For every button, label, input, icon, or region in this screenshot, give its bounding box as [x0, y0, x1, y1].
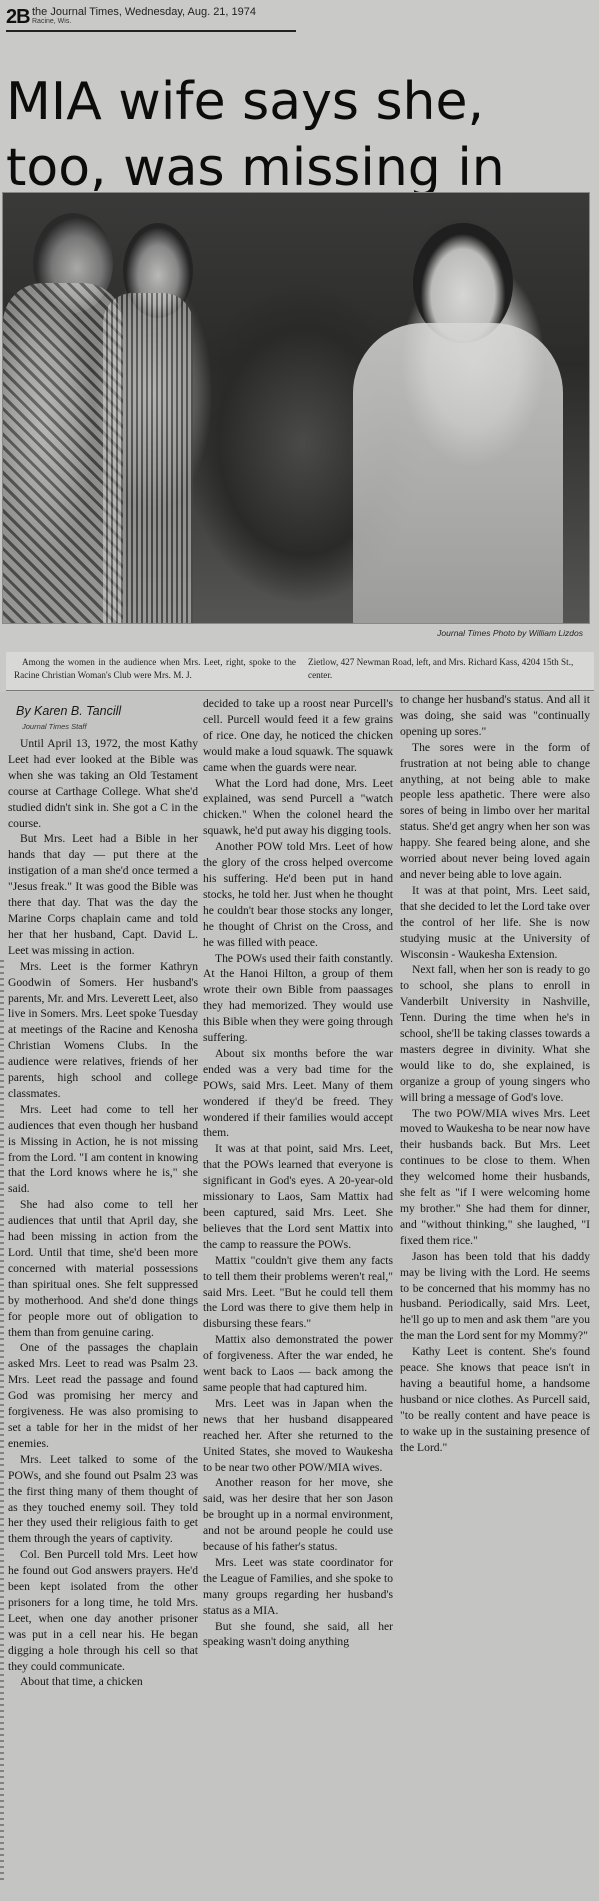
- paragraph: Mrs. Leet is the former Kathryn Goodwin …: [8, 959, 198, 1102]
- paragraph: It was at that point, Mrs. Leet said, th…: [400, 883, 590, 963]
- page-number: 2B: [6, 6, 30, 29]
- paragraph: The two POW/MIA wives Mrs. Leet moved to…: [400, 1106, 590, 1249]
- article-column-3: to change her husband's status. And all …: [400, 692, 590, 1456]
- photo-caption: Among the women in the audience when Mrs…: [6, 652, 594, 691]
- paragraph: decided to take up a roost near Purcell'…: [203, 696, 393, 776]
- paragraph: Mrs. Leet was state coordinator for the …: [203, 1555, 393, 1619]
- article-column-2: decided to take up a roost near Purcell'…: [203, 696, 393, 1650]
- paragraph: Mrs. Leet was in Japan when the news tha…: [203, 1396, 393, 1476]
- paragraph: Kathy Leet is content. She's found peace…: [400, 1344, 590, 1455]
- paragraph: But Mrs. Leet had a Bible in her hands t…: [8, 831, 198, 958]
- photo-figure-center: [103, 293, 193, 623]
- article-column-1: By Karen B. Tancill Journal Times Staff …: [8, 702, 198, 1690]
- paragraph: Another POW told Mrs. Leet of how the gl…: [203, 839, 393, 950]
- paper-dateline: the Journal Times, Wednesday, Aug. 21, 1…: [32, 6, 256, 18]
- article-photo: [2, 192, 590, 624]
- paragraph: The sores were in the form of frustratio…: [400, 740, 590, 883]
- paragraph: Next fall, when her son is ready to go t…: [400, 962, 590, 1105]
- paragraph: to change her husband's status. And all …: [400, 692, 590, 740]
- paragraph: Until April 13, 1972, the most Kathy Lee…: [8, 736, 198, 831]
- page-edge-artifact: [0, 960, 4, 1880]
- paragraph: Another reason for her move, she said, w…: [203, 1475, 393, 1555]
- byline-author: By Karen B. Tancill: [8, 702, 198, 720]
- paragraph: One of the passages the chaplain asked M…: [8, 1340, 198, 1451]
- paragraph: What the Lord had done, Mrs. Leet explai…: [203, 776, 393, 840]
- paragraph: But she found, she said, all her speakin…: [203, 1619, 393, 1651]
- caption-part-2: Zietlow, 427 Newman Road, left, and Mrs.…: [308, 656, 590, 682]
- paragraph: Col. Ben Purcell told Mrs. Leet how he f…: [8, 1547, 198, 1674]
- paragraph: About six months before the war ended wa…: [203, 1046, 393, 1141]
- paragraph: She had also come to tell her audiences …: [8, 1197, 198, 1340]
- article-body: By Karen B. Tancill Journal Times Staff …: [0, 692, 599, 1901]
- paragraph: Jason has been told that his daddy may b…: [400, 1249, 590, 1344]
- paragraph: It was at that point, said Mrs. Leet, th…: [203, 1141, 393, 1252]
- photo-figure-right: [353, 323, 563, 623]
- paragraph: Mattix "couldn't give them any facts to …: [203, 1253, 393, 1333]
- paragraph: About that time, a chicken: [8, 1674, 198, 1690]
- caption-part-1: Among the women in the audience when Mrs…: [14, 656, 296, 682]
- byline-title: Journal Times Staff: [8, 720, 198, 734]
- paragraph: Mattix also demonstrated the power of fo…: [203, 1332, 393, 1396]
- paragraph: The POWs used their faith constantly. At…: [203, 951, 393, 1046]
- paper-city: Racine, Wis.: [32, 18, 71, 25]
- photo-credit: Journal Times Photo by William Lizdos: [437, 628, 583, 638]
- masthead: 2B the Journal Times, Wednesday, Aug. 21…: [6, 4, 296, 32]
- paragraph: Mrs. Leet had come to tell her audiences…: [8, 1102, 198, 1197]
- paragraph: Mrs. Leet talked to some of the POWs, an…: [8, 1452, 198, 1547]
